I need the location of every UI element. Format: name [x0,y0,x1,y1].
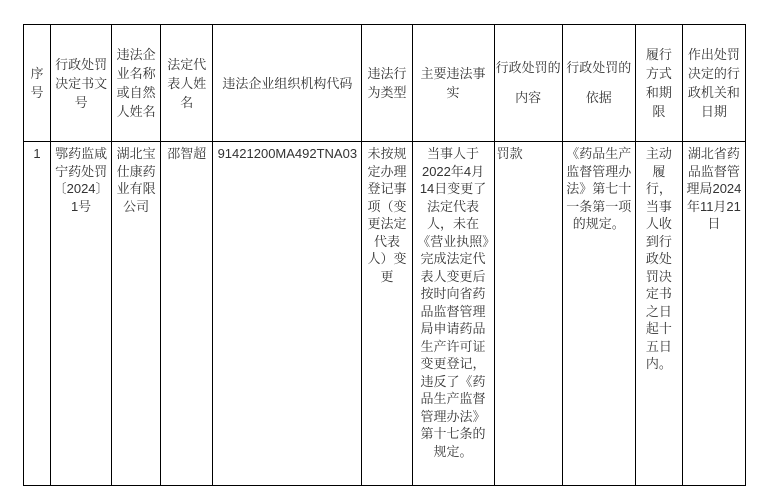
header-violation-type: 违法行为类型 [362,25,412,142]
penalty-table: 序号 行政处罚决定书文号 违法企业名称或自然人姓名 法定代表人姓名 违法企业组织… [23,24,746,486]
cell-seq: 1 [24,142,51,486]
table-row: 1 鄂药监咸宁药处罚〔2024〕1号 湖北宝仕康药业有限公司 邵智超 91421… [24,142,746,486]
cell-doc-no: 鄂药监咸宁药处罚〔2024〕1号 [51,142,112,486]
header-doc-no: 行政处罚决定书文号 [51,25,112,142]
header-seq: 序号 [24,25,51,142]
header-performance: 履行方式和期限 [635,25,682,142]
header-company: 违法企业名称或自然人姓名 [112,25,161,142]
cell-facts: 当事人于2022年4月14日变更了法定代表人，未在《营业执照》完成法定代表人变更… [412,142,494,486]
cell-company: 湖北宝仕康药业有限公司 [112,142,161,486]
header-authority-date: 作出处罚决定的行政机关和日期 [682,25,745,142]
cell-penalty-content: 罚款 [494,142,562,486]
cell-authority-date: 湖北省药品监督管理局2024年11月21日 [682,142,745,486]
header-penalty-basis: 行政处罚的 依据 [562,25,635,142]
cell-violation-type: 未按规定办理登记事项（变更法定代表人）变更 [362,142,412,486]
header-row: 序号 行政处罚决定书文号 违法企业名称或自然人姓名 法定代表人姓名 违法企业组织… [24,25,746,142]
header-legal-rep: 法定代表人姓名 [161,25,213,142]
cell-performance: 主动履行，当事人收到行政处罚决定书之日起十五日内。 [635,142,682,486]
header-penalty-content: 行政处罚的 内容 [494,25,562,142]
cell-org-code: 91421200MA492TNA03 [213,142,362,486]
cell-legal-rep: 邵智超 [161,142,213,486]
header-facts: 主要违法事实 [412,25,494,142]
header-org-code: 违法企业组织机构代码 [213,25,362,142]
cell-penalty-basis: 《药品生产监督管理办法》第七十一条第一项的规定。 [562,142,635,486]
